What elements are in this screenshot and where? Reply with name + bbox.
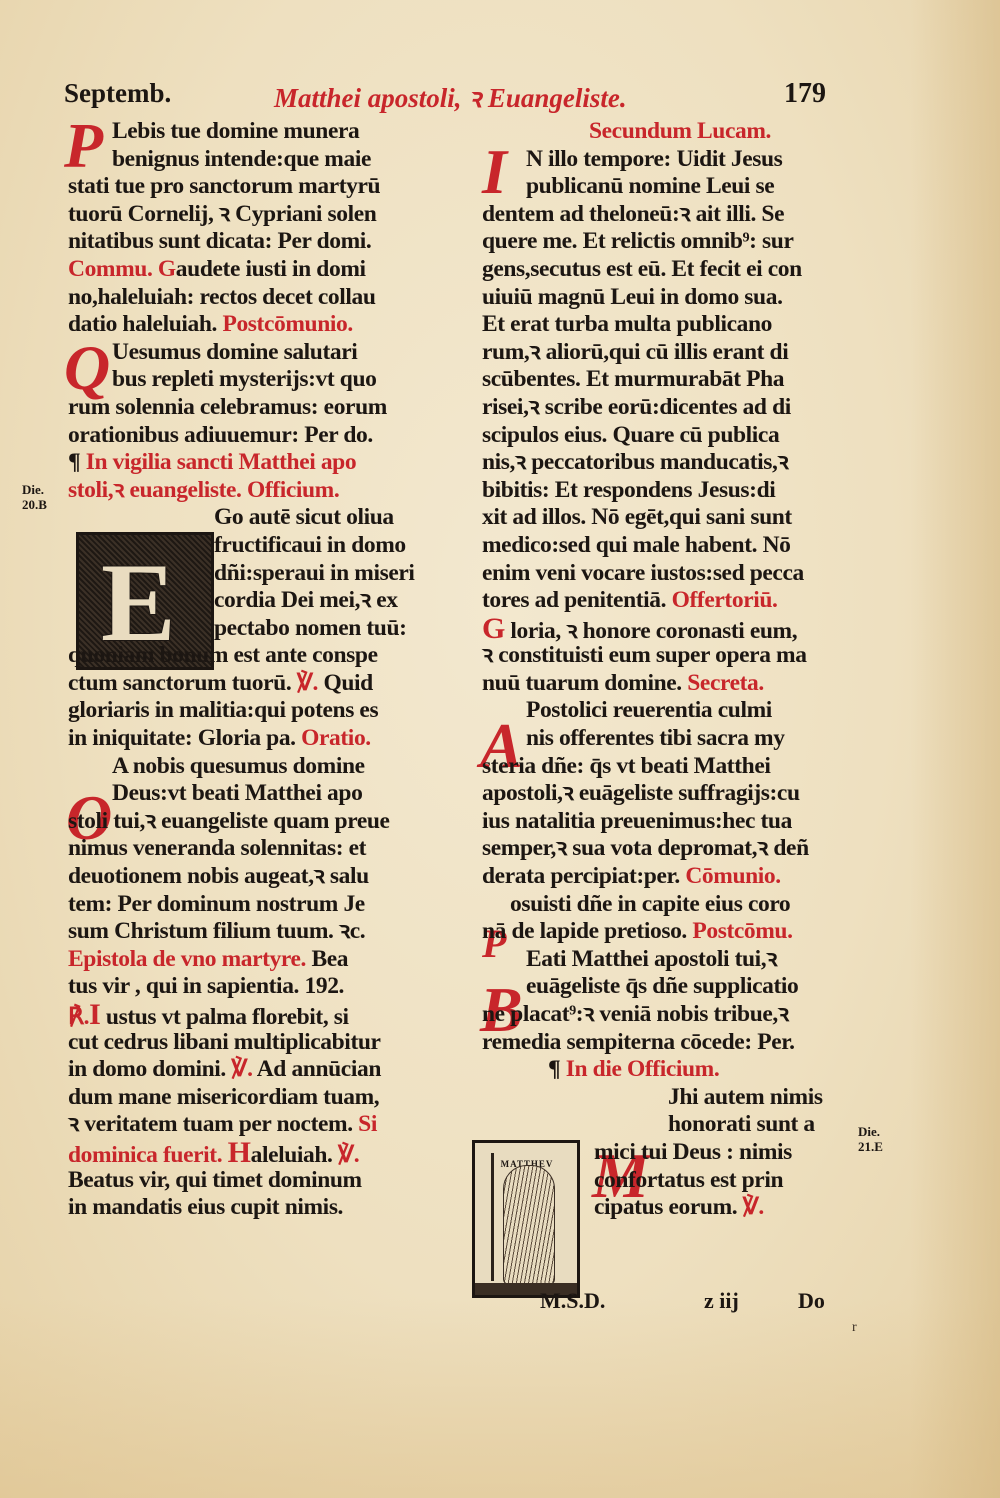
rubric: In die Officium. [566, 1056, 720, 1082]
text-line: Epistola de vno martyre. Bea [68, 946, 468, 974]
text-line: dum mane misericordiam tuam, [68, 1084, 468, 1112]
text-line: fructificaui in domo [68, 532, 468, 560]
text-run: loria, ꝛ honore coronasti eum, [510, 618, 797, 644]
text-run: aleluiah. [251, 1142, 333, 1168]
signature-mark: M.S.D. [540, 1288, 605, 1314]
right-column: I A P B M MATTHEV Secundum Lucam. N illo… [482, 118, 858, 1222]
text-line: ¶ In vigilia sancti Matthei apo [68, 449, 468, 477]
text-line: risei,ꝛ scribe eorū:dicentes ad di [482, 394, 858, 422]
text-line: gloriaris in malitia:qui potens es [68, 697, 468, 725]
text-line: in iniquitate: Gloria pa. Oratio. [68, 725, 468, 753]
text-run: ctum sanctorum tuorū. [68, 670, 291, 696]
text-line: Commu. Gaudete iusti in domi [68, 256, 468, 284]
text-line: osuisti dñe in capite eius coro [482, 891, 858, 919]
text-line: dentem ad theloneū:ꝛ ait illi. Se [482, 201, 858, 229]
text-line: stoli tui,ꝛ euangeliste quam preue [68, 808, 468, 836]
rubric: Oratio. [301, 725, 371, 751]
text-run: derata percipiat:per. [482, 863, 680, 889]
rubric: Epistola de vno martyre. [68, 946, 306, 972]
margin-note-left: Die. 20.B [22, 482, 47, 512]
month-label: Septemb. [64, 78, 171, 109]
text-line: medico:sed qui male habent. Nō [482, 532, 858, 560]
text-line: scipulos eius. Quare cū publica [482, 422, 858, 450]
text-line: steria dñe: q̄s vt beati Matthei [482, 753, 858, 781]
versicle-mark: ℣. [338, 1142, 359, 1168]
text-run: in iniquitate: Gloria pa. [68, 725, 296, 751]
text-line: nā de lapide pretioso. Postcōmu. [482, 918, 858, 946]
rubric: stoli,ꝛ euangeliste. Officium. [68, 477, 339, 503]
section-heading: Secundum Lucam. [482, 118, 858, 146]
text-line: benignus intende:que maie [68, 146, 468, 174]
text-line: cipatus eorum. ℣. [482, 1194, 858, 1222]
quire-signature: z iij [704, 1288, 739, 1314]
text-line: Postolici reuerentia culmi [482, 697, 858, 725]
text-line: sum Christum filium tuum. ꝛc. [68, 918, 468, 946]
text-line: in domo domini. ℣. Ad annūcian [68, 1056, 468, 1084]
text-line: nitatibus sunt dicata: Per domi. [68, 228, 468, 256]
text-line: no,haleluiah: rectos decet collau [68, 284, 468, 312]
text-line: cut cedrus libani multiplicabitur [68, 1029, 468, 1057]
margin-note-line: Die. [858, 1124, 883, 1139]
text-line: ¶ In die Officium. [482, 1056, 858, 1084]
pilcrow-icon: ¶ [548, 1056, 560, 1082]
text-line: G loria, ꝛ honore coronasti eum, [482, 615, 858, 643]
text-run: datio haleluiah. [68, 311, 217, 337]
text-line: Beatus vir, qui timet dominum [68, 1167, 468, 1195]
text-run: Bea [312, 946, 349, 972]
red-capital: H [228, 1136, 251, 1169]
text-line: ℟.I ustus vt palma florebit, si [68, 1001, 468, 1029]
text-line: quere me. Et relictis omnib⁹: sur [482, 228, 858, 256]
text-run: in domo domini. [68, 1056, 226, 1082]
text-line: dominica fuerit. Haleluiah. ℣. [68, 1139, 468, 1167]
text-line: remedia sempiterna cōcede: Per. [482, 1029, 858, 1057]
text-line: Et erat turba multa publicano [482, 311, 858, 339]
text-run: tores ad penitentiā. [482, 587, 666, 613]
left-column: P Q E O Lebis tue domine munera benignus… [68, 118, 468, 1222]
rubric: dominica fuerit. [68, 1142, 222, 1168]
text-line: bibitis: Et respondens Jesus:di [482, 477, 858, 505]
text-line: A nobis quesumus domine [68, 753, 468, 781]
text-line: rum solennia celebramus: eorum [68, 394, 468, 422]
rubric: In vigilia sancti Matthei apo [86, 449, 356, 475]
text-line: tores ad penitentiā. Offertoriū. [482, 587, 858, 615]
rubric: Secreta. [687, 670, 764, 696]
paper-stain [910, 0, 1000, 1498]
text-line: mici tui Deus : nimis [482, 1139, 858, 1167]
text-line: apostoli,ꝛ euāgeliste suffragijs:cu [482, 780, 858, 808]
rubric: Cōmunio. [685, 863, 780, 889]
text-run: nuū tuarum domine. [482, 670, 682, 696]
text-line: ꝛ veritatem tuam per noctem. Si [68, 1111, 468, 1139]
text-line: scūbentes. Et murmurabāt Pha [482, 366, 858, 394]
margin-note-right: Die. 21.E [858, 1124, 883, 1154]
text-line: ꝛ constituisti eum super opera ma [482, 642, 858, 670]
margin-note-line: 20.B [22, 497, 47, 512]
margin-note-line: 21.E [858, 1139, 883, 1154]
text-line: nis,ꝛ peccatoribus manducatis,ꝛ [482, 449, 858, 477]
text-line: orationibus adiuuemur: Per do. [68, 422, 468, 450]
text-line: nis offerentes tibi sacra my [482, 725, 858, 753]
text-line: euāgeliste q̄s dñe supplicatio [482, 973, 858, 1001]
signature-line: M.S.D. z iij Do [540, 1288, 860, 1318]
rubric: Offertoriū. [672, 587, 778, 613]
versicle-mark: ℣. [743, 1194, 764, 1220]
text-line: Deus:vt beati Matthei apo [68, 780, 468, 808]
text-line: bus repleti mysterijs:vt quo [68, 366, 468, 394]
text-line: honorati sunt a [482, 1111, 858, 1139]
rubric: Postcōmunio. [223, 311, 353, 337]
response-mark: ℟. [68, 1004, 89, 1030]
text-line: dñi:speraui in miseri [68, 560, 468, 588]
margin-note-line: Die. [22, 482, 47, 497]
folio-number: 179 [784, 78, 826, 110]
text-line: ctum sanctorum tuorū. ℣. Quid [68, 670, 468, 698]
text-line: gens,secutus est eū. Et fecit ei con [482, 256, 858, 284]
text-line: N illo tempore: Uidit Jesus [482, 146, 858, 174]
rubric: Postcōmu. [692, 918, 792, 944]
text-line: semper,ꝛ sua vota depromat,ꝛ deñ [482, 835, 858, 863]
text-line: nimus veneranda solennitas: et [68, 835, 468, 863]
versicle-mark: ℣. [297, 670, 318, 696]
text-run: Quid [323, 670, 372, 696]
text-run: cipatus eorum. [594, 1194, 737, 1220]
versicle-mark: ℣. [231, 1056, 252, 1082]
paper-stain [0, 1298, 1000, 1498]
rubric: Si [358, 1111, 377, 1137]
text-line: derata percipiat:per. Cōmunio. [482, 863, 858, 891]
text-line: enim veni vocare iustos:sed pecca [482, 560, 858, 588]
rubric: Commu. [68, 256, 152, 282]
text-line: Lebis tue domine munera [68, 118, 468, 146]
text-run: audete iusti in domi [176, 256, 366, 282]
text-run: ꝛ veritatem tuam per noctem. [68, 1111, 353, 1137]
text-line: publicanū nomine Leui se [482, 173, 858, 201]
text-run: Ad annūcian [257, 1056, 381, 1082]
text-line: nuū tuarum domine. Secreta. [482, 670, 858, 698]
running-head: Septemb. Matthei apostoli, ꝛ Euangeliste… [64, 78, 864, 118]
text-line: deuotionem nobis augeat,ꝛ salu [68, 863, 468, 891]
text-run: nā de lapide pretioso. [482, 918, 687, 944]
text-line: stoli,ꝛ euangeliste. Officium. [68, 477, 468, 505]
text-line: uiuiū magnū Leui in domo sua. [482, 284, 858, 312]
text-line: rum,ꝛ aliorū,qui cū illis erant di [482, 339, 858, 367]
text-line: tuorū Cornelij, ꝛ Cypriani solen [68, 201, 468, 229]
red-capital: I [89, 998, 100, 1031]
text-line: stati tue pro sanctorum martyrū [68, 173, 468, 201]
text-line: tem: Per dominum nostrum Je [68, 891, 468, 919]
text-line: Go autē sicut oliua [68, 504, 468, 532]
text-line: Uesumus domine salutari [68, 339, 468, 367]
text-run: ustus vt palma florebit, si [106, 1004, 349, 1030]
text-line: pectabo nomen tuū: [68, 615, 468, 643]
text-line: in mandatis eius cupit nimis. [68, 1194, 468, 1222]
text-line: xit ad illos. Nō egēt,qui sani sunt [482, 504, 858, 532]
red-capital: G [482, 612, 505, 645]
feast-title: Matthei apostoli, ꝛ Euangeliste. [274, 78, 627, 115]
pilcrow-icon: ¶ [68, 449, 80, 475]
text-line: Jhi autem nimis [482, 1084, 858, 1112]
text-line: quoniam bonum est ante conspe [68, 642, 468, 670]
text-line: cordia Dei mei,ꝛ ex [68, 587, 468, 615]
text-line: tus vir , qui in sapientia. 192. [68, 973, 468, 1001]
text-line: ne placat⁹:ꝛ veniā nobis tribue,ꝛ [482, 1001, 858, 1029]
text-line: Eati Matthei apostoli tui,ꝛ [482, 946, 858, 974]
red-capital: G [158, 256, 176, 282]
text-line: ius natalitia preuenimus:hec tua [482, 808, 858, 836]
text-line: confortatus est prin [482, 1167, 858, 1195]
text-line: datio haleluiah. Postcōmunio. [68, 311, 468, 339]
paper-mark: r [852, 1320, 857, 1336]
catchword: Do [798, 1288, 825, 1314]
